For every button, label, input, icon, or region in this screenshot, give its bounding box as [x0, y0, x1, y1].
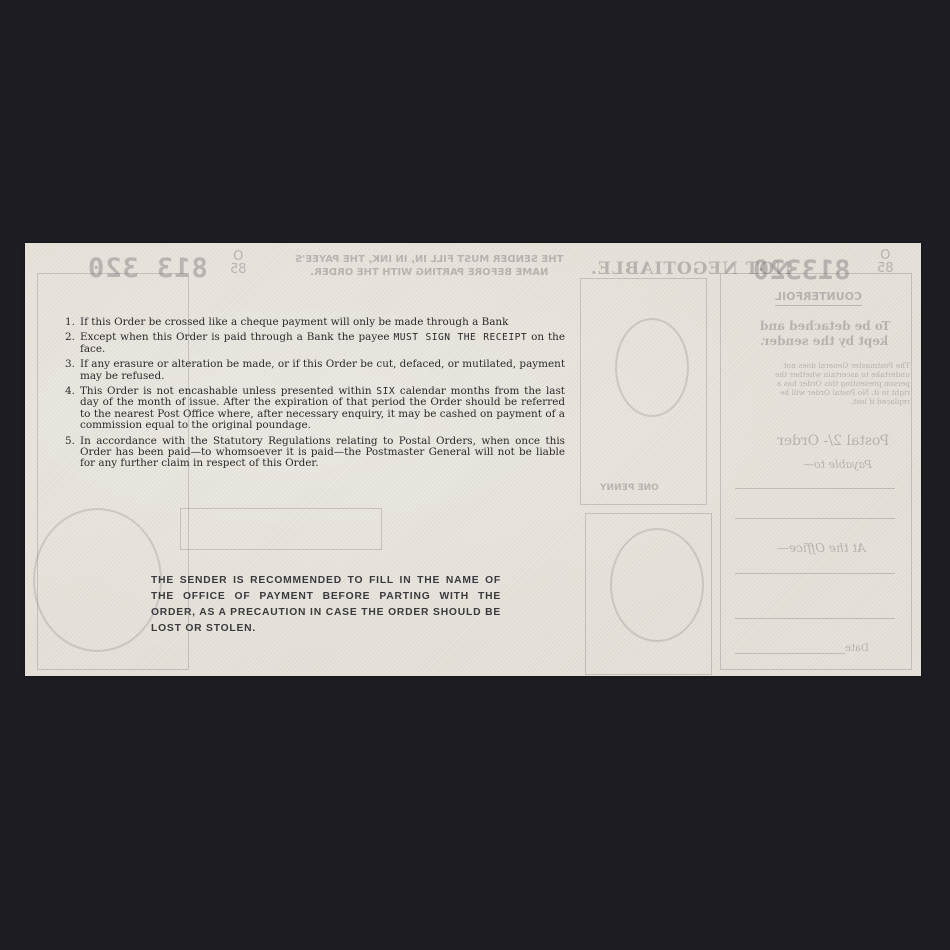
prefix-number: 85 [230, 263, 247, 276]
counterfoil-line-2: kept by the sender. [760, 334, 890, 349]
payable-line-2 [735, 518, 895, 519]
middle-panel-frame [180, 508, 382, 550]
condition-item: 1.If this Order be crossed like a cheque… [65, 317, 565, 328]
sender-recommendation-notice: THE SENDER IS RECOMMENDED TO FILL IN THE… [151, 573, 501, 637]
serial-number-right: 813320 [753, 255, 851, 286]
condition-text: In accordance with the Statutory Regulat… [80, 436, 565, 470]
condition-text: Except when this Order is paid through a… [80, 332, 565, 355]
conditions-list: 1.If this Order be crossed like a cheque… [65, 317, 565, 474]
condition-number: 2. [65, 332, 80, 355]
date-label: Date [845, 643, 869, 654]
counterfoil-label: COUNTERFOIL [775, 290, 862, 306]
one-penny-label: ONE PENNY [600, 483, 659, 493]
payable-to-label: Payable to— [803, 458, 872, 471]
condition-text: If any erasure or alteration be made, or… [80, 359, 565, 382]
right-stamp-frame [585, 513, 712, 675]
condition-text: This Order is not encashable unless pres… [80, 386, 565, 432]
prefix-number: 85 [877, 262, 894, 275]
payable-line-1 [735, 488, 895, 489]
sender-header: THE SENDER MUST FILL IN, IN INK, THE PAY… [295, 253, 564, 279]
condition-number: 1. [65, 317, 80, 328]
condition-item: 3.If any erasure or alteration be made, … [65, 359, 565, 382]
serial-prefix-right: O 85 [877, 249, 894, 275]
counterfoil-small-print: The Postmaster General does not undertak… [760, 361, 910, 406]
text-segment: If any erasure or alteration be made, or… [80, 358, 565, 381]
postal-order-paper: 813 320 O 85 THE SENDER MUST FILL IN, IN… [25, 243, 921, 676]
counterfoil-instructions: To be detached and kept by the sender. [760, 319, 890, 349]
condition-item: 4.This Order is not encashable unless pr… [65, 386, 565, 432]
condition-item: 5.In accordance with the Statutory Regul… [65, 436, 565, 470]
text-segment: If this Order be crossed like a cheque p… [80, 316, 508, 328]
serial-number-left: 813 320 [87, 253, 208, 284]
office-line-1 [735, 573, 895, 574]
serial-prefix-left: O 85 [230, 250, 247, 276]
text-segment: Except when this Order is paid through a… [80, 331, 393, 343]
text-segment: In accordance with the Statutory Regulat… [80, 435, 565, 470]
date-line [735, 653, 845, 654]
condition-number: 5. [65, 436, 80, 470]
office-line-2 [735, 618, 895, 619]
counterfoil-line-1: To be detached and [760, 319, 890, 334]
emphasis-text: MUST SIGN THE RECEIPT [393, 332, 527, 343]
at-office-label: At the Office— [777, 541, 866, 555]
condition-number: 4. [65, 386, 80, 432]
postal-order-value: Postal 2/- Order [777, 433, 889, 449]
header-line-1: THE SENDER MUST FILL IN, IN INK, THE PAY… [295, 253, 564, 266]
header-line-2: NAME BEFORE PARTING WITH THE ORDER. [295, 266, 564, 279]
condition-item: 2.Except when this Order is paid through… [65, 332, 565, 355]
condition-text: If this Order be crossed like a cheque p… [80, 317, 565, 328]
emphasis-text: SIX [376, 386, 395, 397]
crest-oval [615, 318, 689, 417]
text-segment: This Order is not encashable unless pres… [80, 385, 376, 397]
condition-number: 3. [65, 359, 80, 382]
